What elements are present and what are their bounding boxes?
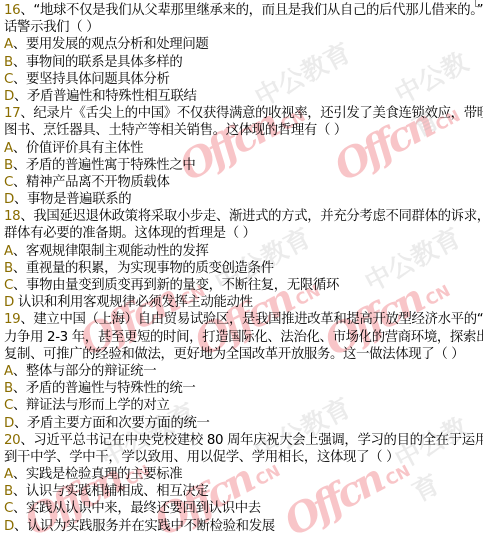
option-key: D (4, 295, 14, 310)
option-key: B (4, 55, 13, 70)
option-key: B (4, 261, 13, 276)
option-key: A (4, 244, 13, 259)
question-stem-line: 话警示我们（ ） (4, 19, 482, 36)
option-key: B (4, 381, 13, 396)
option-key: A (4, 467, 13, 482)
stem-text: 群体有必要的准备期。这体现的哲理是（ ） (4, 226, 256, 241)
option-text: 、要用发展的观点分析和处理问题 (13, 37, 209, 52)
option-c: C、要坚持具体问题具体分析 (4, 71, 482, 88)
option-d: D、事物是普遍联系的 (4, 191, 482, 208)
option-text: 、事物是普遍联系的 (14, 192, 131, 207)
option-d: D、矛盾主要方面和次要方面的统一 (4, 415, 482, 432)
question-stem-line: 群体有必要的准备期。这体现的哲理是（ ） (4, 225, 482, 242)
page-corner-mark (475, 0, 482, 7)
question-19: 19、建立中国（上海）自由贸易试验区，是我国推进改革和提高开放型经济水平的“试验… (4, 311, 482, 431)
option-key: D (4, 89, 14, 104)
option-text: 、价值评价具有主体性 (13, 141, 143, 156)
option-key: C (4, 398, 13, 413)
option-text: 、矛盾普遍性和特殊性相互联结 (14, 89, 197, 104)
option-c: C、精神产品离不开物质载体 (4, 174, 482, 191)
option-text: 、整体与部分的辩证统一 (13, 364, 156, 379)
question-16: 16、“地球不仅是我们从父辈那里继承来的，而且是我们从自己的后代那儿借来的。”这… (4, 2, 482, 105)
option-d: D、矛盾普遍性和特殊性相互联结 (4, 88, 482, 105)
question-stem-line: 17、纪录片《舌尖上的中国》不仅获得满意的收视率，还引发了美食连锁效应，带旺了美… (4, 105, 482, 122)
option-a: A、实践是检验真理的主要标准 (4, 466, 482, 483)
question-stem-line: 复制、可推广的经验和做法，更好地为全国改革开放服务。这一做法体现了（ ） (4, 346, 482, 363)
option-a: A、价值评价具有主体性 (4, 140, 482, 157)
question-20: 20、习近平总书记在中央党校建校 80 周年庆祝大会上强调，学习的目的全在于运用… (4, 432, 482, 535)
option-a: A、要用发展的观点分析和处理问题 (4, 36, 482, 53)
question-number: 16 (4, 3, 20, 18)
question-number: 17 (4, 106, 20, 121)
option-text: 、精神产品离不开物质载体 (13, 175, 170, 190)
option-text: 、要坚持具体问题具体分析 (13, 72, 170, 87)
option-key: C (4, 72, 13, 87)
option-b: B、事物间的联系是具体多样的 (4, 54, 482, 71)
option-text: 、事物间的联系是具体多样的 (13, 55, 183, 70)
option-key: A (4, 364, 13, 379)
option-a: A、整体与部分的辩证统一 (4, 363, 482, 380)
stem-text: 复制、可推广的经验和做法，更好地为全国改革开放服务。这一做法体现了（ ） (4, 347, 464, 362)
option-text: 、重视量的积累，为实现事物的质变创造条件 (13, 261, 274, 276)
option-text: 、客观规律限制主观能动性的发挥 (13, 244, 209, 259)
option-key: C (4, 278, 13, 293)
stem-text: 、我国延迟退休政策将采取小步走、渐进式的方式，并充分考虑不同群体的诉求，让相关 (20, 209, 483, 224)
stem-text: 力争用 2-3 年，甚至更短的时间，打造国际化、法治化、市场化的营商环境，探索出… (4, 330, 483, 345)
question-stem-line: 到干中学、学中干，学以致用、用以促学、学用相长，这体现了（ ） (4, 449, 482, 466)
stem-text: 、纪录片《舌尖上的中国》不仅获得满意的收视率，还引发了美食连锁效应，带旺了美食 (20, 106, 483, 121)
question-stem-line: 18、我国延迟退休政策将采取小步走、渐进式的方式，并充分考虑不同群体的诉求，让相… (4, 208, 482, 225)
stem-text: 到干中学、学中干，学以致用、用以促学、学用相长，这体现了（ ） (4, 450, 399, 465)
option-key: B (4, 484, 13, 499)
option-b: B、矛盾的普遍性与特殊性的统一 (4, 380, 482, 397)
option-b: B、矛盾的普遍性寓于特殊性之中 (4, 157, 482, 174)
option-text: 、矛盾的普遍性与特殊性的统一 (13, 381, 196, 396)
stem-text: 、“地球不仅是我们从父辈那里继承来的，而且是我们从自己的后代那儿借来的。”这句 (20, 3, 483, 18)
option-b: B、重视量的积累，为实现事物的质变创造条件 (4, 260, 482, 277)
option-key: C (4, 175, 13, 190)
option-c: C、事物由量变到质变再到新的量变，不断往复，无限循环 (4, 277, 482, 294)
option-b: B、认识与实践相辅相成、相互决定 (4, 483, 482, 500)
question-number: 18 (4, 209, 20, 224)
option-text: 、矛盾主要方面和次要方面的统一 (14, 416, 210, 431)
option-text: 、矛盾的普遍性寓于特殊性之中 (13, 158, 196, 173)
stem-text: 话警示我们（ ） (4, 20, 99, 35)
stem-text: 、建立中国（上海）自由贸易试验区，是我国推进改革和提高开放型经济水平的“试验田”… (20, 312, 483, 327)
option-a: A、客观规律限制主观能动性的发挥 (4, 243, 482, 260)
question-stem-line: 20、习近平总书记在中央党校建校 80 周年庆祝大会上强调，学习的目的全在于运用… (4, 432, 482, 449)
option-key: A (4, 141, 13, 156)
option-d: D 认识和利用客观规律必须发挥主动能动性 (4, 294, 482, 311)
option-text: 、实践从认识中来，最终还要回到认识中去 (13, 501, 261, 516)
option-d: D、认识为实践服务并在实践中不断检验和发展 (4, 518, 482, 535)
option-text: 、实践是检验真理的主要标准 (13, 467, 183, 482)
option-c: C、实践从认识中来，最终还要回到认识中去 (4, 500, 482, 517)
option-c: C、辩证法与形而上学的对立 (4, 397, 482, 414)
question-number: 19 (4, 312, 20, 327)
option-key: A (4, 37, 13, 52)
option-key: D (4, 416, 14, 431)
question-stem-line: 图书、烹饪器具、土特产等相关销售。这体现的哲理有（ ） (4, 122, 482, 139)
stem-text: 、习近平总书记在中央党校建校 80 周年庆祝大会上强调，学习的目的全在于运用，要… (20, 433, 483, 448)
option-text: 、事物由量变到质变再到新的量变，不断往复，无限循环 (13, 278, 339, 293)
option-key: B (4, 158, 13, 173)
question-number: 20 (4, 433, 20, 448)
option-key: C (4, 501, 13, 516)
question-stem-line: 16、“地球不仅是我们从父辈那里继承来的，而且是我们从自己的后代那儿借来的。”这… (4, 2, 482, 19)
option-text: 认识和利用客观规律必须发挥主动能动性 (14, 295, 253, 310)
option-text: 、认识为实践服务并在实践中不断检验和发展 (14, 519, 275, 534)
question-stem-line: 19、建立中国（上海）自由贸易试验区，是我国推进改革和提高开放型经济水平的“试验… (4, 311, 482, 328)
question-18: 18、我国延迟退休政策将采取小步走、渐进式的方式，并充分考虑不同群体的诉求，让相… (4, 208, 482, 311)
option-key: D (4, 192, 14, 207)
question-stem-line: 力争用 2-3 年，甚至更短的时间，打造国际化、法治化、市场化的营商环境，探索出… (4, 329, 482, 346)
stem-text: 图书、烹饪器具、土特产等相关销售。这体现的哲理有（ ） (4, 123, 347, 138)
option-text: 、辩证法与形而上学的对立 (13, 398, 170, 413)
question-document: 16、“地球不仅是我们从父辈那里继承来的，而且是我们从自己的后代那儿借来的。”这… (4, 2, 482, 535)
option-key: D (4, 519, 14, 534)
question-17: 17、纪录片《舌尖上的中国》不仅获得满意的收视率，还引发了美食连锁效应，带旺了美… (4, 105, 482, 208)
option-text: 、认识与实践相辅相成、相互决定 (13, 484, 209, 499)
